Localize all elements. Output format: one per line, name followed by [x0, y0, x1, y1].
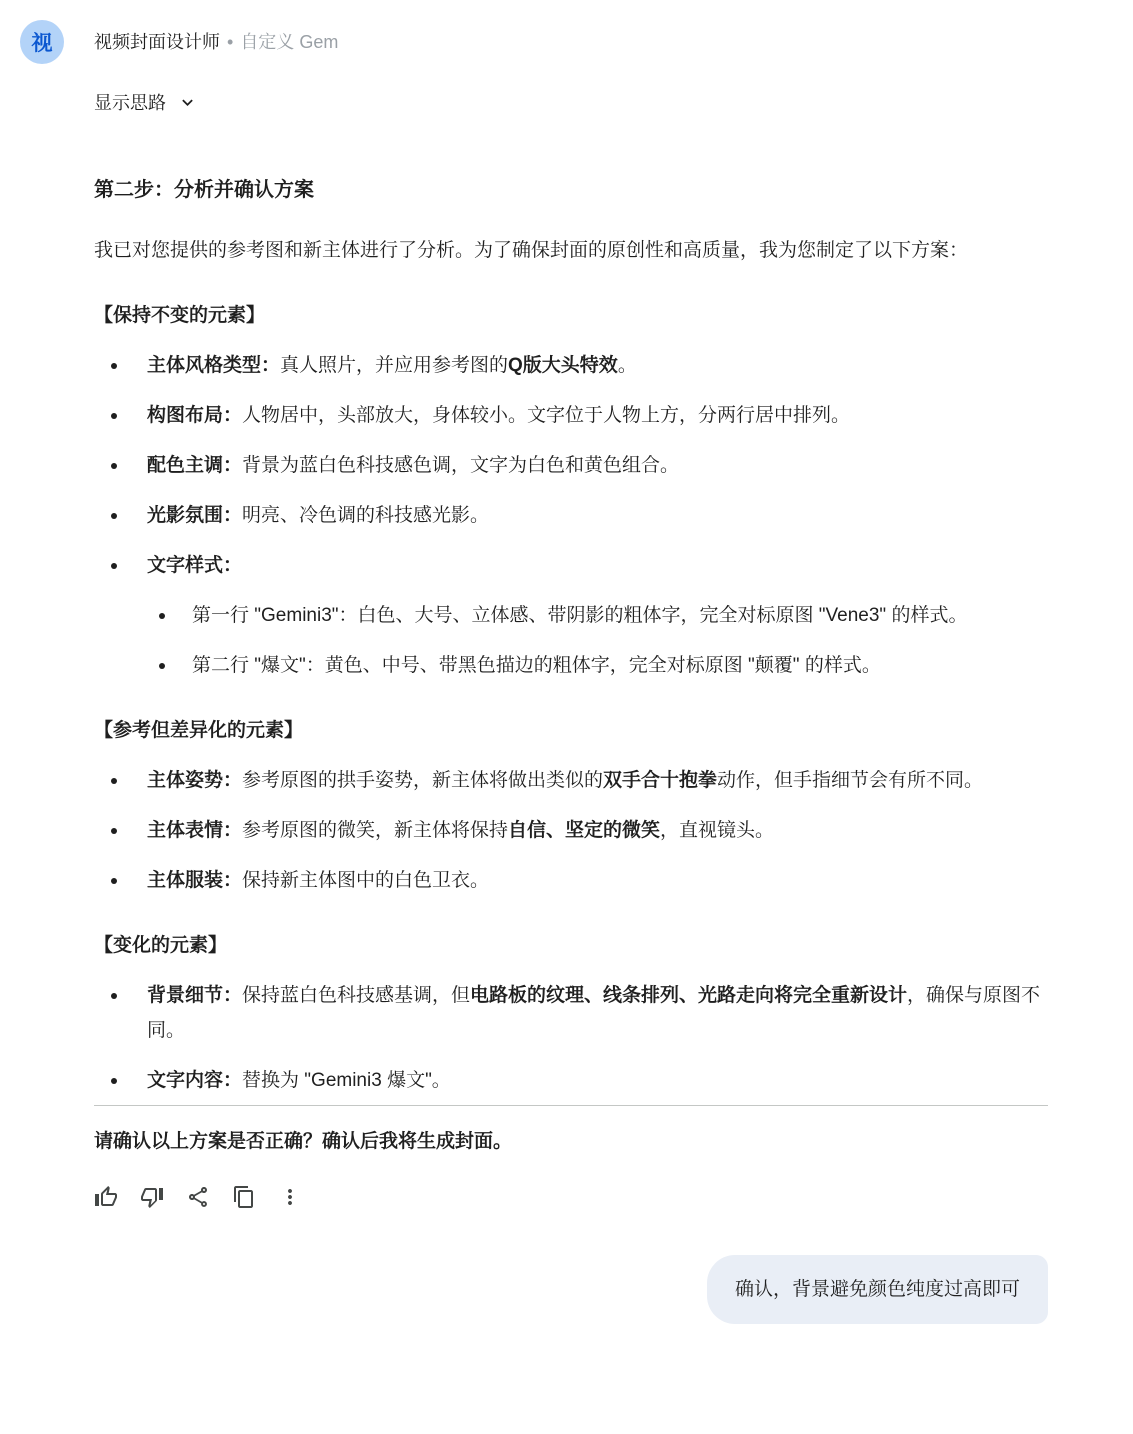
text-segment: 动作，但手指细节会有所不同。 — [717, 770, 983, 791]
list-item: 配色主调：背景为蓝白色科技感色调，文字为白色和黄色组合。 — [94, 448, 1048, 483]
list-item: 文字内容：替换为 "Gemini3 爆文"。 — [94, 1063, 1048, 1098]
sub-list-item: 第一行 "Gemini3"：白色、大号、立体感、带阴影的粗体字，完全对标原图 "… — [147, 598, 1048, 633]
list-item-text: 文字样式： — [147, 548, 1048, 583]
list-item: 主体服装：保持新主体图中的白色卫衣。 — [94, 863, 1048, 898]
step-heading: 第二步：分析并确认方案 — [94, 178, 1048, 202]
text-segment: 参考原图的拱手姿势，新主体将做出类似的 — [242, 770, 603, 791]
bullet-list: 主体风格类型：真人照片，并应用参考图的Q版大头特效。构图布局：人物居中，头部放大… — [94, 348, 1048, 683]
text-segment: 明亮、冷色调的科技感光影。 — [242, 505, 489, 526]
message-divider — [94, 1105, 1048, 1106]
list-item-text: 主体风格类型：真人照片，并应用参考图的Q版大头特效。 — [147, 348, 1048, 383]
list-item-text: 构图布局：人物居中，头部放大，身体较小。文字位于人物上方，分两行居中排列。 — [147, 398, 1048, 433]
gem-title: 视频封面设计师 — [94, 32, 220, 52]
more-vert-button[interactable] — [278, 1185, 302, 1209]
gem-avatar: 视 — [20, 20, 64, 64]
text-segment: 文字内容： — [147, 1070, 242, 1091]
show-thoughts-label: 显示思路 — [94, 89, 166, 115]
list-item: 主体表情：参考原图的微笑，新主体将保持自信、坚定的微笑，直视镜头。 — [94, 813, 1048, 848]
list-item-text: 配色主调：背景为蓝白色科技感色调，文字为白色和黄色组合。 — [147, 448, 1048, 483]
response-action-bar — [94, 1185, 1048, 1209]
text-segment: 背景为蓝白色科技感色调，文字为白色和黄色组合。 — [242, 455, 679, 476]
markdown-sections: 【保持不变的元素】主体风格类型：真人照片，并应用参考图的Q版大头特效。构图布局：… — [94, 298, 1048, 1098]
list-item: 主体姿势：参考原图的拱手姿势，新主体将做出类似的双手合十抱拳动作，但手指细节会有… — [94, 763, 1048, 798]
text-segment: 第二行 "爆文"：黄色、中号、带黑色描边的粗体字，完全对标原图 "颠覆" 的样式… — [192, 655, 881, 676]
text-segment: 。 — [618, 355, 637, 376]
text-segment: 替换为 "Gemini3 爆文"。 — [242, 1070, 451, 1091]
text-segment: ，直视镜头。 — [660, 820, 774, 841]
chevron-down-icon — [177, 92, 198, 113]
share-button[interactable] — [186, 1185, 210, 1209]
section-heading: 【变化的元素】 — [94, 928, 1048, 963]
text-segment: 真人照片，并应用参考图的 — [280, 355, 508, 376]
chat-page: 视 视频封面设计师•自定义 Gem 显示思路 第二步：分析并确认方案 我已对您提… — [0, 0, 1133, 1434]
user-message-bubble: 确认，背景避免颜色纯度过高即可 — [707, 1255, 1048, 1324]
text-segment: 主体姿势： — [147, 770, 242, 791]
text-segment: 主体表情： — [147, 820, 242, 841]
gem-title-row: 视频封面设计师•自定义 Gem — [94, 31, 1048, 53]
text-segment: 第一行 "Gemini3"：白色、大号、立体感、带阴影的粗体字，完全对标原图 "… — [192, 605, 967, 626]
closing-question: 请确认以上方案是否正确？确认后我将生成封面。 — [94, 1124, 1048, 1159]
thumbs-up-button[interactable] — [94, 1185, 118, 1209]
assistant-message-body: 视频封面设计师•自定义 Gem 显示思路 第二步：分析并确认方案 我已对您提供的… — [94, 20, 1048, 1209]
list-item-text: 第一行 "Gemini3"：白色、大号、立体感、带阴影的粗体字，完全对标原图 "… — [192, 598, 1048, 633]
text-segment: 背景细节： — [147, 985, 242, 1006]
list-item: 背景细节：保持蓝白色科技感基调，但电路板的纹理、线条排列、光路走向将完全重新设计… — [94, 978, 1048, 1048]
list-item-text: 文字内容：替换为 "Gemini3 爆文"。 — [147, 1063, 1048, 1098]
list-item: 光影氛围：明亮、冷色调的科技感光影。 — [94, 498, 1048, 533]
text-segment: 保持新主体图中的白色卫衣。 — [242, 870, 489, 891]
more-vert-icon — [278, 1185, 302, 1209]
text-segment: 人物居中，头部放大，身体较小。文字位于人物上方，分两行居中排列。 — [242, 405, 850, 426]
text-segment: 参考原图的微笑，新主体将保持 — [242, 820, 508, 841]
section-heading: 【保持不变的元素】 — [94, 298, 1048, 333]
list-item: 构图布局：人物居中，头部放大，身体较小。文字位于人物上方，分两行居中排列。 — [94, 398, 1048, 433]
list-item: 主体风格类型：真人照片，并应用参考图的Q版大头特效。 — [94, 348, 1048, 383]
thumbs-down-button[interactable] — [140, 1185, 164, 1209]
list-item: 文字样式：第一行 "Gemini3"：白色、大号、立体感、带阴影的粗体字，完全对… — [94, 548, 1048, 683]
text-segment: 双手合十抱拳 — [603, 770, 717, 791]
text-segment: Q版大头特效 — [508, 355, 618, 376]
list-item-text: 第二行 "爆文"：黄色、中号、带黑色描边的粗体字，完全对标原图 "颠覆" 的样式… — [192, 648, 1048, 683]
text-segment: 配色主调： — [147, 455, 242, 476]
bullet-list: 背景细节：保持蓝白色科技感基调，但电路板的纹理、线条排列、光路走向将完全重新设计… — [94, 978, 1048, 1098]
text-segment: 文字样式： — [147, 555, 242, 576]
title-separator: • — [227, 32, 233, 52]
text-segment: 主体风格类型： — [147, 355, 280, 376]
text-segment: 电路板的纹理、线条排列、光路走向将完全重新设计 — [470, 985, 907, 1006]
bullet-list: 主体姿势：参考原图的拱手姿势，新主体将做出类似的双手合十抱拳动作，但手指细节会有… — [94, 763, 1048, 898]
markdown-content: 第二步：分析并确认方案 我已对您提供的参考图和新主体进行了分析。为了确保封面的原… — [94, 178, 1048, 1098]
text-segment: 构图布局： — [147, 405, 242, 426]
show-thoughts-toggle[interactable]: 显示思路 — [94, 89, 198, 115]
gem-subtitle: 自定义 Gem — [240, 32, 338, 52]
thumbs-down-icon — [140, 1185, 164, 1209]
section-heading: 【参考但差异化的元素】 — [94, 713, 1048, 748]
text-segment: 保持蓝白色科技感基调，但 — [242, 985, 470, 1006]
sub-list-item: 第二行 "爆文"：黄色、中号、带黑色描边的粗体字，完全对标原图 "颠覆" 的样式… — [147, 648, 1048, 683]
assistant-message: 视 视频封面设计师•自定义 Gem 显示思路 第二步：分析并确认方案 我已对您提… — [0, 0, 1133, 1209]
sub-bullet-list: 第一行 "Gemini3"：白色、大号、立体感、带阴影的粗体字，完全对标原图 "… — [147, 598, 1048, 683]
user-message: 确认，背景避免颜色纯度过高即可 — [0, 1255, 1133, 1324]
text-segment: 光影氛围： — [147, 505, 242, 526]
list-item-text: 光影氛围：明亮、冷色调的科技感光影。 — [147, 498, 1048, 533]
list-item-text: 主体姿势：参考原图的拱手姿势，新主体将做出类似的双手合十抱拳动作，但手指细节会有… — [147, 763, 1048, 798]
copy-icon — [232, 1185, 256, 1209]
intro-paragraph: 我已对您提供的参考图和新主体进行了分析。为了确保封面的原创性和高质量，我为您制定… — [94, 233, 1048, 268]
text-segment: 主体服装： — [147, 870, 242, 891]
text-segment: 自信、坚定的微笑 — [508, 820, 660, 841]
thumbs-up-icon — [94, 1185, 118, 1209]
list-item-text: 背景细节：保持蓝白色科技感基调，但电路板的纹理、线条排列、光路走向将完全重新设计… — [147, 978, 1048, 1048]
share-icon — [186, 1185, 210, 1209]
list-item-text: 主体表情：参考原图的微笑，新主体将保持自信、坚定的微笑，直视镜头。 — [147, 813, 1048, 848]
copy-button[interactable] — [232, 1185, 256, 1209]
list-item-text: 主体服装：保持新主体图中的白色卫衣。 — [147, 863, 1048, 898]
